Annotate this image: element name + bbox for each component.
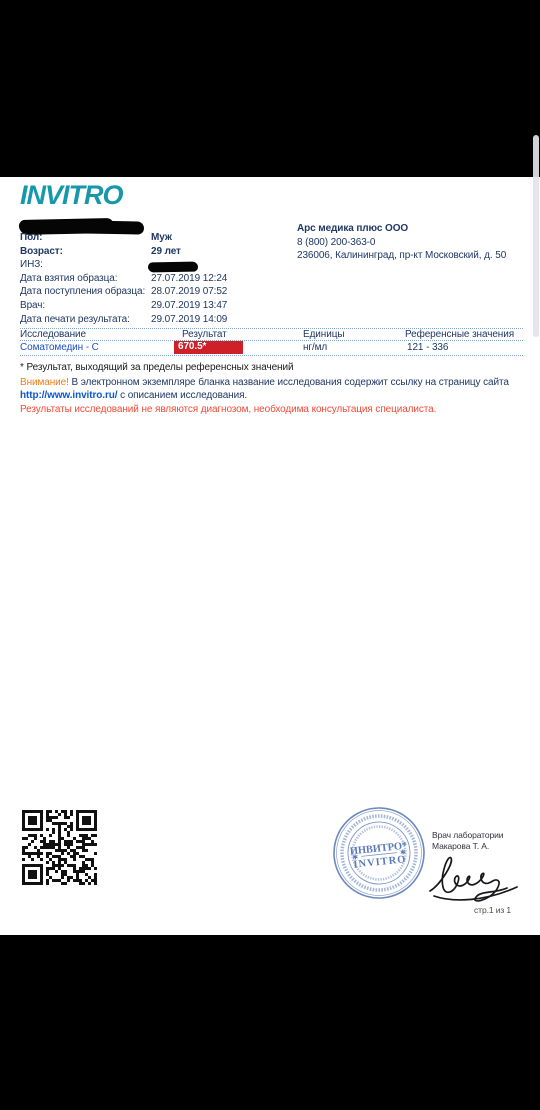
result-value-flagged: 670.5* [174, 341, 243, 354]
handwritten-signature [424, 851, 524, 907]
svg-text:✱: ✱ [400, 848, 407, 857]
col-header-test: Исследование [20, 329, 86, 340]
field-value: 29 лет [151, 246, 181, 260]
disclaimer-text: Результаты исследований не являются диаг… [20, 404, 436, 415]
field-label: Врач: [20, 300, 151, 314]
patient-row-print-date: Дата печати результата: 29.07.2019 14:09 [20, 314, 227, 328]
field-label: Пол: [20, 232, 151, 246]
stamp-text-en: INVITRO [353, 854, 407, 870]
redacted-inz-value [148, 262, 198, 273]
patient-row-age: Возраст: 29 лет [20, 246, 227, 260]
reference-range-value: 121 - 336 [407, 342, 448, 353]
clinic-address: 236006, Калининград, пр-кт Московский, д… [297, 249, 506, 263]
patient-row-sample-received: Дата поступления образца: 28.07.2019 07:… [20, 286, 227, 300]
field-label: Дата печати результата: [20, 314, 151, 328]
field-value: 28.07.2019 07:52 [151, 286, 227, 300]
patient-info: Пол: Муж Возраст: 29 лет ИНЗ: Дата взяти… [20, 232, 227, 327]
attention-note: Внимание! В электронном экземпляре бланк… [20, 376, 530, 402]
attention-text: В электронном экземпляре бланка название… [71, 377, 508, 388]
svg-text:✱: ✱ [352, 853, 359, 862]
units-value: нг/мл [303, 342, 327, 353]
field-value: 29.07.2019 13:47 [151, 300, 227, 314]
patient-row-sample-taken: Дата взятия образца: 27.07.2019 12:24 [20, 273, 227, 287]
clinic-name: Арс медика плюс ООО [297, 222, 506, 236]
qr-code [22, 810, 97, 885]
invitro-round-stamp: ИНВИТРО* INVITRO ✱ ✱ [331, 805, 427, 901]
col-header-units: Единицы [303, 329, 344, 340]
invitro-logo: INVITRO [20, 180, 123, 211]
doctor-name: Макарова Т. А. [432, 841, 503, 852]
out-of-range-footnote: * Результат, выходящий за пределы рефере… [20, 362, 293, 373]
table-header-border [20, 340, 523, 341]
attention-label: Внимание! [20, 377, 69, 388]
lab-report-page: INVITRO Арс медика плюс ООО 8 (800) 200-… [0, 177, 540, 935]
scrollbar-thumb[interactable] [533, 135, 539, 337]
field-value: 29.07.2019 14:09 [151, 314, 227, 328]
field-value: Муж [151, 232, 172, 246]
field-value: 27.07.2019 12:24 [151, 273, 227, 287]
page-number: стр.1 из 1 [474, 905, 511, 915]
doctor-role: Врач лаборатории [432, 830, 503, 841]
clinic-phone: 8 (800) 200-363-0 [297, 236, 506, 250]
patient-row-doctor: Врач: 29.07.2019 13:47 [20, 300, 227, 314]
col-header-result: Результат [182, 329, 227, 340]
table-row: Соматомедин - С 670.5* нг/мл 121 - 336 [20, 342, 523, 355]
test-name: Соматомедин - С [20, 342, 99, 353]
invitro-link[interactable]: http://www.invitro.ru/ [20, 390, 117, 401]
field-label: ИНЗ: [20, 259, 151, 273]
clinic-info: Арс медика плюс ООО 8 (800) 200-363-0 23… [297, 222, 506, 263]
attention-link-suffix: с описанием исследования. [120, 390, 247, 401]
field-label: Возраст: [20, 246, 151, 260]
field-label: Дата поступления образца: [20, 286, 151, 300]
doctor-signature-block: Врач лаборатории Макарова Т. А. [432, 830, 503, 851]
field-label: Дата взятия образца: [20, 273, 151, 287]
col-header-reference: Референсные значения [405, 329, 514, 340]
patient-row-sex: Пол: Муж [20, 232, 227, 246]
table-bottom-border [20, 355, 523, 356]
